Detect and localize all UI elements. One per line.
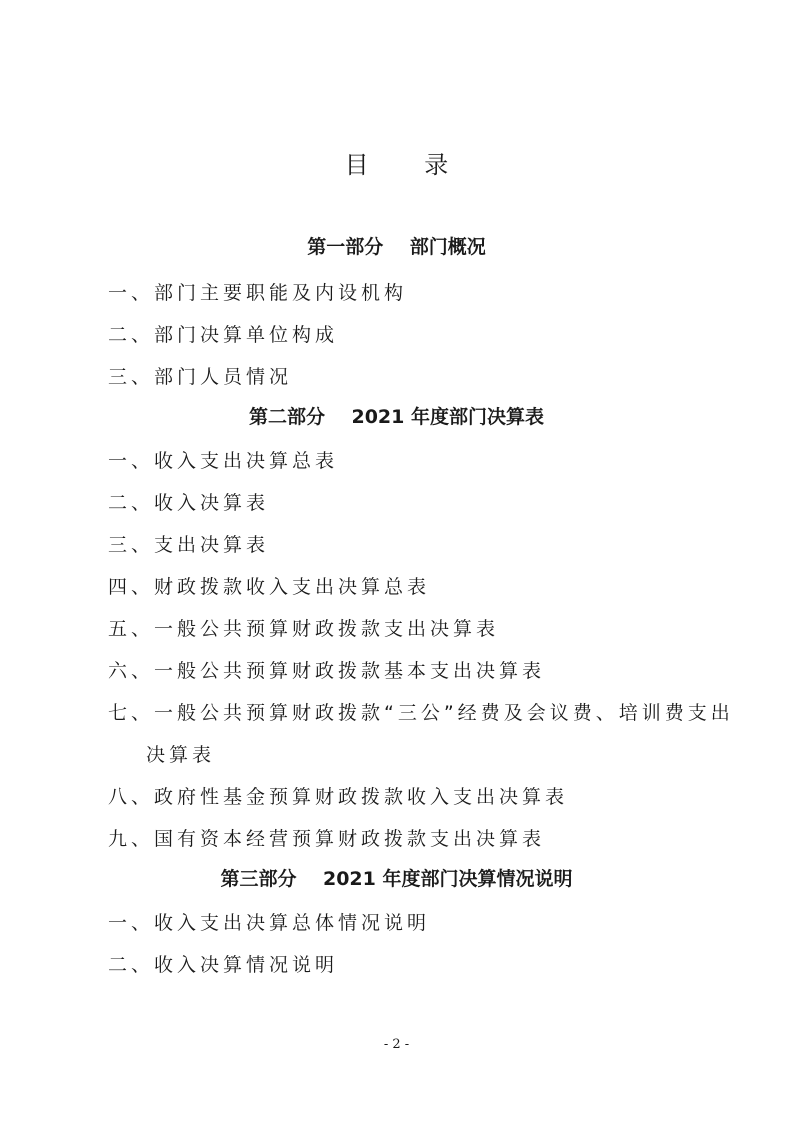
- toc-item: 五、一般公共预算财政拨款支出决算表: [108, 614, 499, 641]
- toc-item: 一、部门主要职能及内设机构: [108, 278, 407, 305]
- part-3-heading: 第三部分 2021 年度部门决算情况说明: [0, 864, 793, 891]
- part-1-heading: 第一部分 部门概况: [0, 232, 793, 259]
- toc-item: 二、收入决算表: [108, 488, 269, 515]
- toc-item: 六、一般公共预算财政拨款基本支出决算表: [108, 656, 545, 683]
- toc-item: 四、财政拨款收入支出决算总表: [108, 572, 430, 599]
- toc-item: 七、一般公共预算财政拨款“三公”经费及会议费、培训费支出: [108, 698, 734, 725]
- toc-title: 目 录: [0, 145, 793, 180]
- toc-item: 八、政府性基金预算财政拨款收入支出决算表: [108, 782, 568, 809]
- toc-item: 九、国有资本经营预算财政拨款支出决算表: [108, 824, 545, 851]
- part-2-heading: 第二部分 2021 年度部门决算表: [0, 402, 793, 429]
- toc-item: 二、部门决算单位构成: [108, 320, 338, 347]
- toc-item: 一、收入支出决算总表: [108, 446, 338, 473]
- toc-item: 二、收入决算情况说明: [108, 950, 338, 977]
- toc-item: 三、部门人员情况: [108, 362, 292, 389]
- toc-item-continuation: 决算表: [146, 740, 215, 767]
- toc-item: 一、收入支出决算总体情况说明: [108, 908, 430, 935]
- page-number: - 2 -: [0, 1037, 793, 1052]
- toc-item: 三、支出决算表: [108, 530, 269, 557]
